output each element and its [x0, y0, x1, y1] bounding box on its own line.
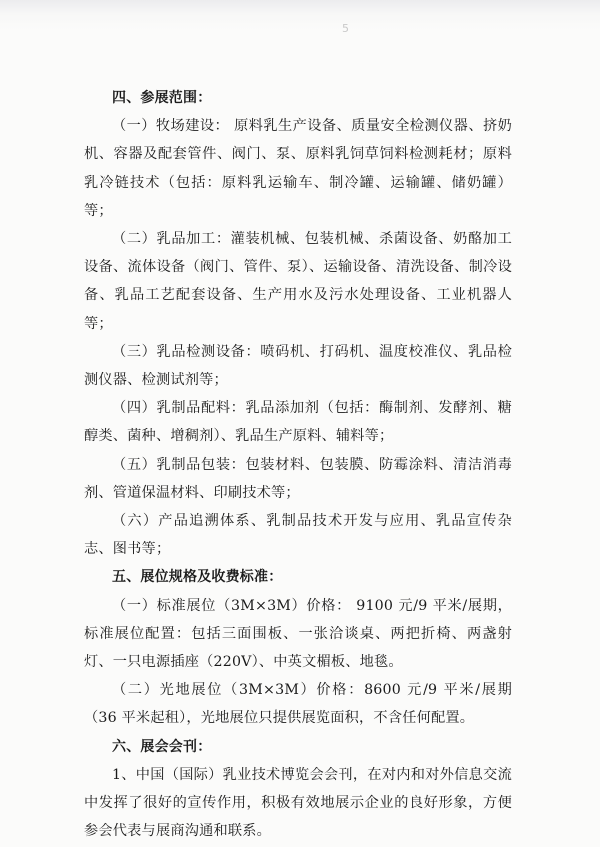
paragraph-ranch: （一）牧场建设： 原料乳生产设备、质量安全检测仪器、挤奶机、容器及配套管件、阀门… [84, 112, 512, 225]
section-booth-pricing: 五、展位规格及收费标准： （一）标准展位（3M×3M）价格： 9100 元/9 … [84, 563, 512, 732]
section-heading: 四、参展范围： [84, 84, 512, 112]
paragraph-traceability: （六）产品追溯体系、乳制品技术开发与应用、乳品宣传杂志、图书等； [84, 507, 512, 563]
paragraph-processing: （二）乳品加工：灌装机械、包装机械、杀菌设备、奶酪加工设备、流体设备（阀门、管件… [84, 225, 512, 338]
paragraph-raw-space: （二）光地展位（3M×3M）价格：8600 元/9 平米/展期（36 平米起租）… [84, 676, 512, 732]
section-heading: 五、展位规格及收费标准： [84, 563, 512, 591]
section-catalogue: 六、展会会刊： 1、中国（国际）乳业技术博览会会刊，在对内和对外信息交流中发挥了… [84, 733, 512, 846]
paragraph-packaging: （五）乳制品包装：包装材料、包装膜、防霉涂料、清洁消毒剂、管道保温材料、印刷技术… [84, 451, 512, 507]
paragraph-ingredients: （四）乳制品配料：乳品添加剂（包括：酶制剂、发酵剂、糖醇类、菌种、增稠剂）、乳品… [84, 394, 512, 450]
paragraph-testing: （三）乳品检测设备：喷码机、打码机、温度校准仪、乳品检测仪器、检测试剂等； [84, 338, 512, 394]
page-mark: 5 [342, 22, 349, 35]
section-heading: 六、展会会刊： [84, 733, 512, 761]
paragraph-standard-booth: （一）标准展位（3M×3M）价格： 9100 元/9 平米/展期，标准展位配置：… [84, 592, 512, 677]
document-page: 5 四、参展范围： （一）牧场建设： 原料乳生产设备、质量安全检测仪器、挤奶机、… [0, 0, 600, 847]
paragraph-catalogue: 1、中国（国际）乳业技术博览会会刊，在对内和对外信息交流中发挥了很好的宣传作用，… [84, 761, 512, 846]
document-body: 四、参展范围： （一）牧场建设： 原料乳生产设备、质量安全检测仪器、挤奶机、容器… [84, 84, 512, 845]
section-exhibit-scope: 四、参展范围： （一）牧场建设： 原料乳生产设备、质量安全检测仪器、挤奶机、容器… [84, 84, 512, 563]
